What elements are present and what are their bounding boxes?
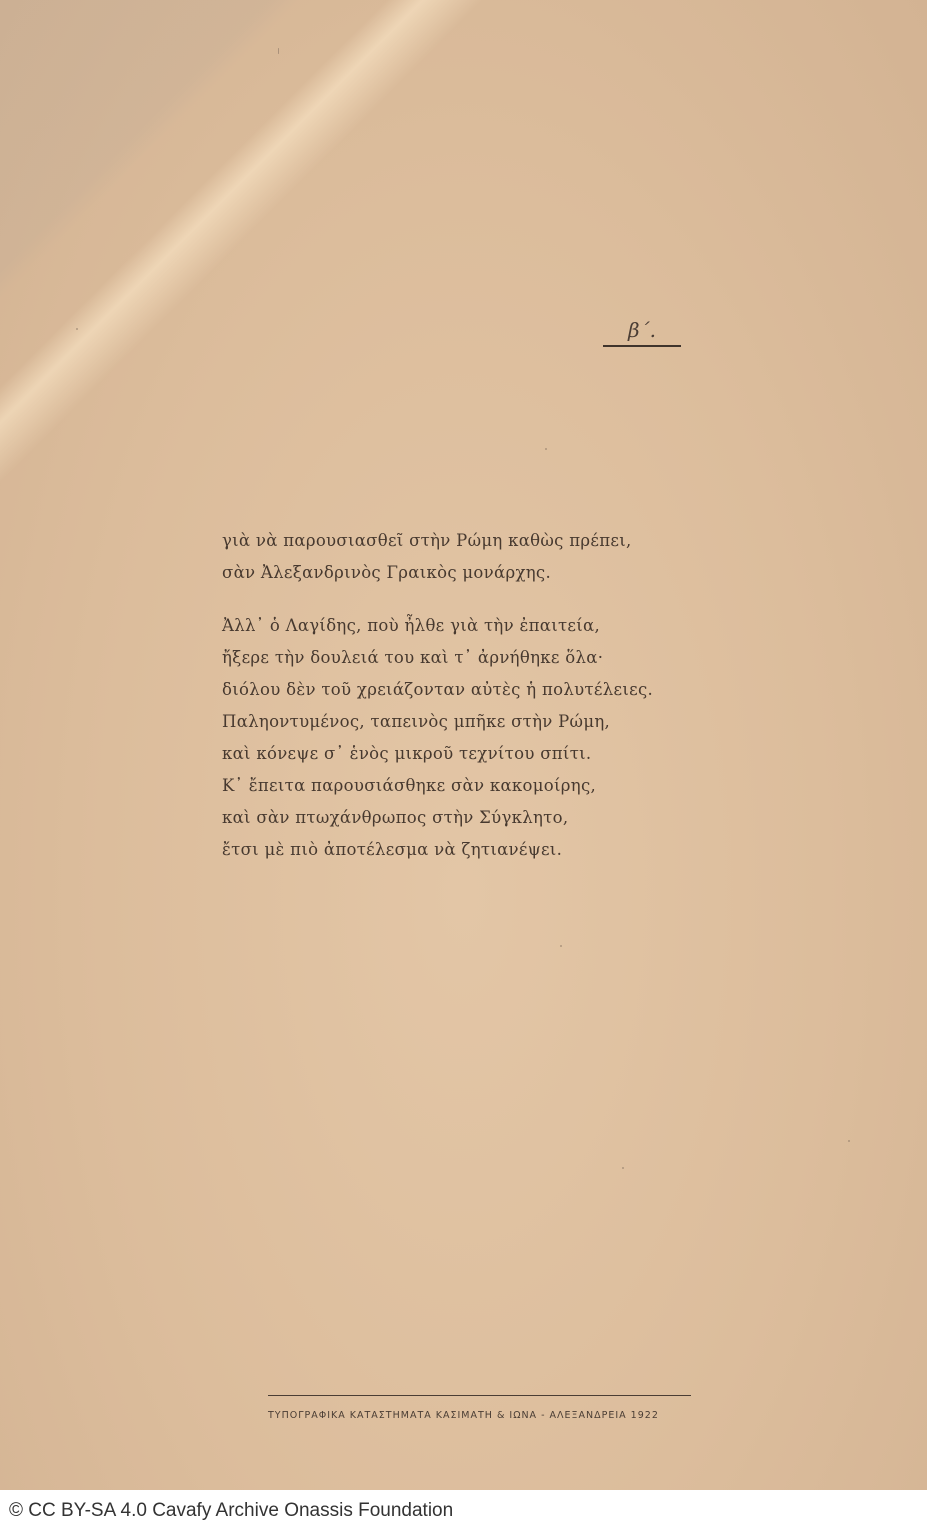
poem-line: καὶ σὰν πτωχάνθρωπος στὴν Σύγκλητο,	[222, 802, 692, 834]
copyright-credit: © CC BY-SA 4.0 Cavafy Archive Onassis Fo…	[9, 1500, 453, 1522]
poem-line: ἔτσι μὲ πιὸ ἀποτέλεσμα νὰ ζητιανέψει.	[222, 834, 692, 866]
poem-text: γιὰ νὰ παρουσιασθεῖ στὴν Ρώμη καθὼς πρέπ…	[222, 525, 692, 887]
poem-line: Ἀλλ᾿ ὁ Λαγίδης, ποὺ ἦλθε γιὰ τὴν ἐπαιτεί…	[222, 610, 692, 642]
stanza-1: γιὰ νὰ παρουσιασθεῖ στὴν Ρώμη καθὼς πρέπ…	[222, 525, 692, 589]
page-number: β΄.	[603, 318, 681, 342]
poem-line: Παληοντυμένος, ταπεινὸς μπῆκε στὴν Ρώμη,	[222, 706, 692, 738]
poem-line: Κ᾿ ἔπειτα παρουσιάσθηκε σὰν κακομοίρης,	[222, 770, 692, 802]
poem-line: διόλου δὲν τοῦ χρειάζονταν αὐτὲς ἡ πολυτ…	[222, 674, 692, 706]
poem-line: σὰν Ἀλεξανδρινὸς Γραικὸς μονάρχης.	[222, 557, 692, 589]
paper-speck	[545, 448, 547, 450]
poem-line: καὶ κόνεψε σ᾿ ἑνὸς μικροῦ τεχνίτου σπίτι…	[222, 738, 692, 770]
poem-line: γιὰ νὰ παρουσιασθεῖ στὴν Ρώμη καθὼς πρέπ…	[222, 525, 692, 557]
imprint-rule	[268, 1395, 691, 1396]
paper-speck	[622, 1167, 624, 1169]
stanza-2: Ἀλλ᾿ ὁ Λαγίδης, ποὺ ἦλθε γιὰ τὴν ἐπαιτεί…	[222, 610, 692, 866]
page-number-underline	[603, 345, 681, 347]
scanned-page: β΄. γιὰ νὰ παρουσιασθεῖ στὴν Ρώμη καθὼς …	[0, 0, 927, 1490]
poem-line: ἤξερε τὴν δουλειά του καὶ τ᾿ ἀρνήθηκε ὅλ…	[222, 642, 692, 674]
paper-speck	[848, 1140, 850, 1142]
corner-fold-shadow	[0, 0, 300, 300]
paper-speck	[76, 328, 78, 330]
paper-speck	[278, 48, 279, 54]
paper-speck	[560, 945, 562, 947]
printer-imprint: ΤΥΠΟΓΡΑΦΙΚΑ ΚΑΤΑΣΤΗΜΑΤΑ ΚΑΣΙΜΑΤΗ & ΙΩΝΑ …	[268, 1410, 698, 1421]
